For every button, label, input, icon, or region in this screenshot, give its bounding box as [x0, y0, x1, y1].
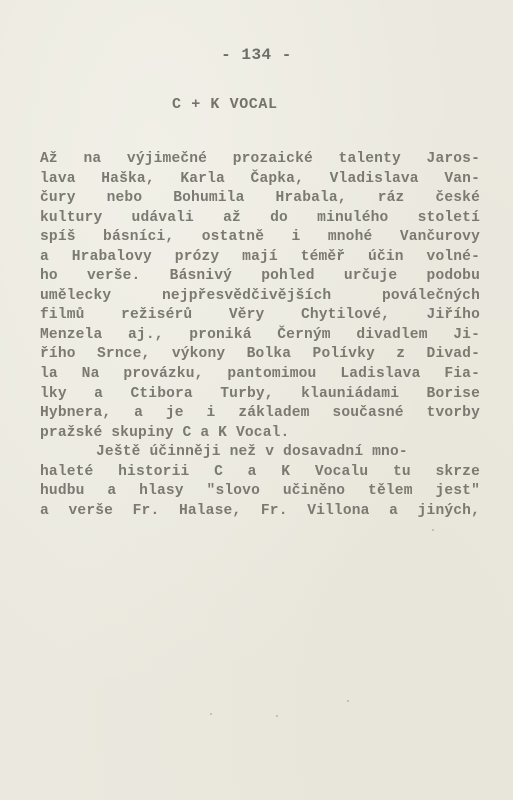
text-line: pražské skupiny C a K Vocal. — [40, 424, 480, 444]
text-line: řího Srnce, výkony Bolka Polívky z Divad… — [40, 345, 480, 365]
text-line: ho verše. Básnivý pohled určuje podobu — [40, 267, 480, 287]
text-line: lky a Ctibora Turby, klauniádami Borise — [40, 385, 480, 405]
page-number: - 134 - — [0, 46, 513, 64]
text-line: Hybnera, a je i základem současné tvorby — [40, 404, 480, 424]
text-line: la Na provázku, pantomimou Ladislava Fia… — [40, 365, 480, 385]
paragraph-1: Až na výjimečné prozaické talenty Jaros-… — [40, 150, 480, 443]
text-line: haleté historii C a K Vocalu tu skrze — [40, 463, 480, 483]
document-page: - 134 - C + K VOCAL Až na výjimečné proz… — [0, 0, 513, 800]
paper-speck — [276, 715, 278, 717]
text-line: Až na výjimečné prozaické talenty Jaros- — [40, 150, 480, 170]
text-line: a verše Fr. Halase, Fr. Villona a jiných… — [40, 502, 480, 522]
text-line: Menzela aj., proniká Černým divadlem Ji- — [40, 326, 480, 346]
text-line: spíš básníci, ostatně i mnohé Vančurovy — [40, 228, 480, 248]
paper-speck — [210, 713, 212, 715]
text-line: Ještě účinněji než v dosavadní mno- — [40, 443, 480, 463]
body-text: Až na výjimečné prozaické talenty Jaros-… — [40, 150, 480, 521]
section-title: C + K VOCAL — [172, 96, 278, 113]
text-line: lava Haška, Karla Čapka, Vladislava Van- — [40, 170, 480, 190]
text-line: filmů režisérů Věry Chytilové, Jiřího — [40, 306, 480, 326]
text-line: hudbu a hlasy "slovo učiněno tělem jest" — [40, 482, 480, 502]
text-line: a Hrabalovy prózy mají téměř účin volné- — [40, 248, 480, 268]
text-line: čury nebo Bohumila Hrabala, ráz české — [40, 189, 480, 209]
text-line: kultury udávali až do minulého století — [40, 209, 480, 229]
paper-speck — [432, 529, 434, 531]
paper-speck — [347, 700, 349, 702]
text-line: umělecky nejpřesvědčivějších poválečných — [40, 287, 480, 307]
paragraph-2: Ještě účinněji než v dosavadní mno- hale… — [40, 443, 480, 521]
